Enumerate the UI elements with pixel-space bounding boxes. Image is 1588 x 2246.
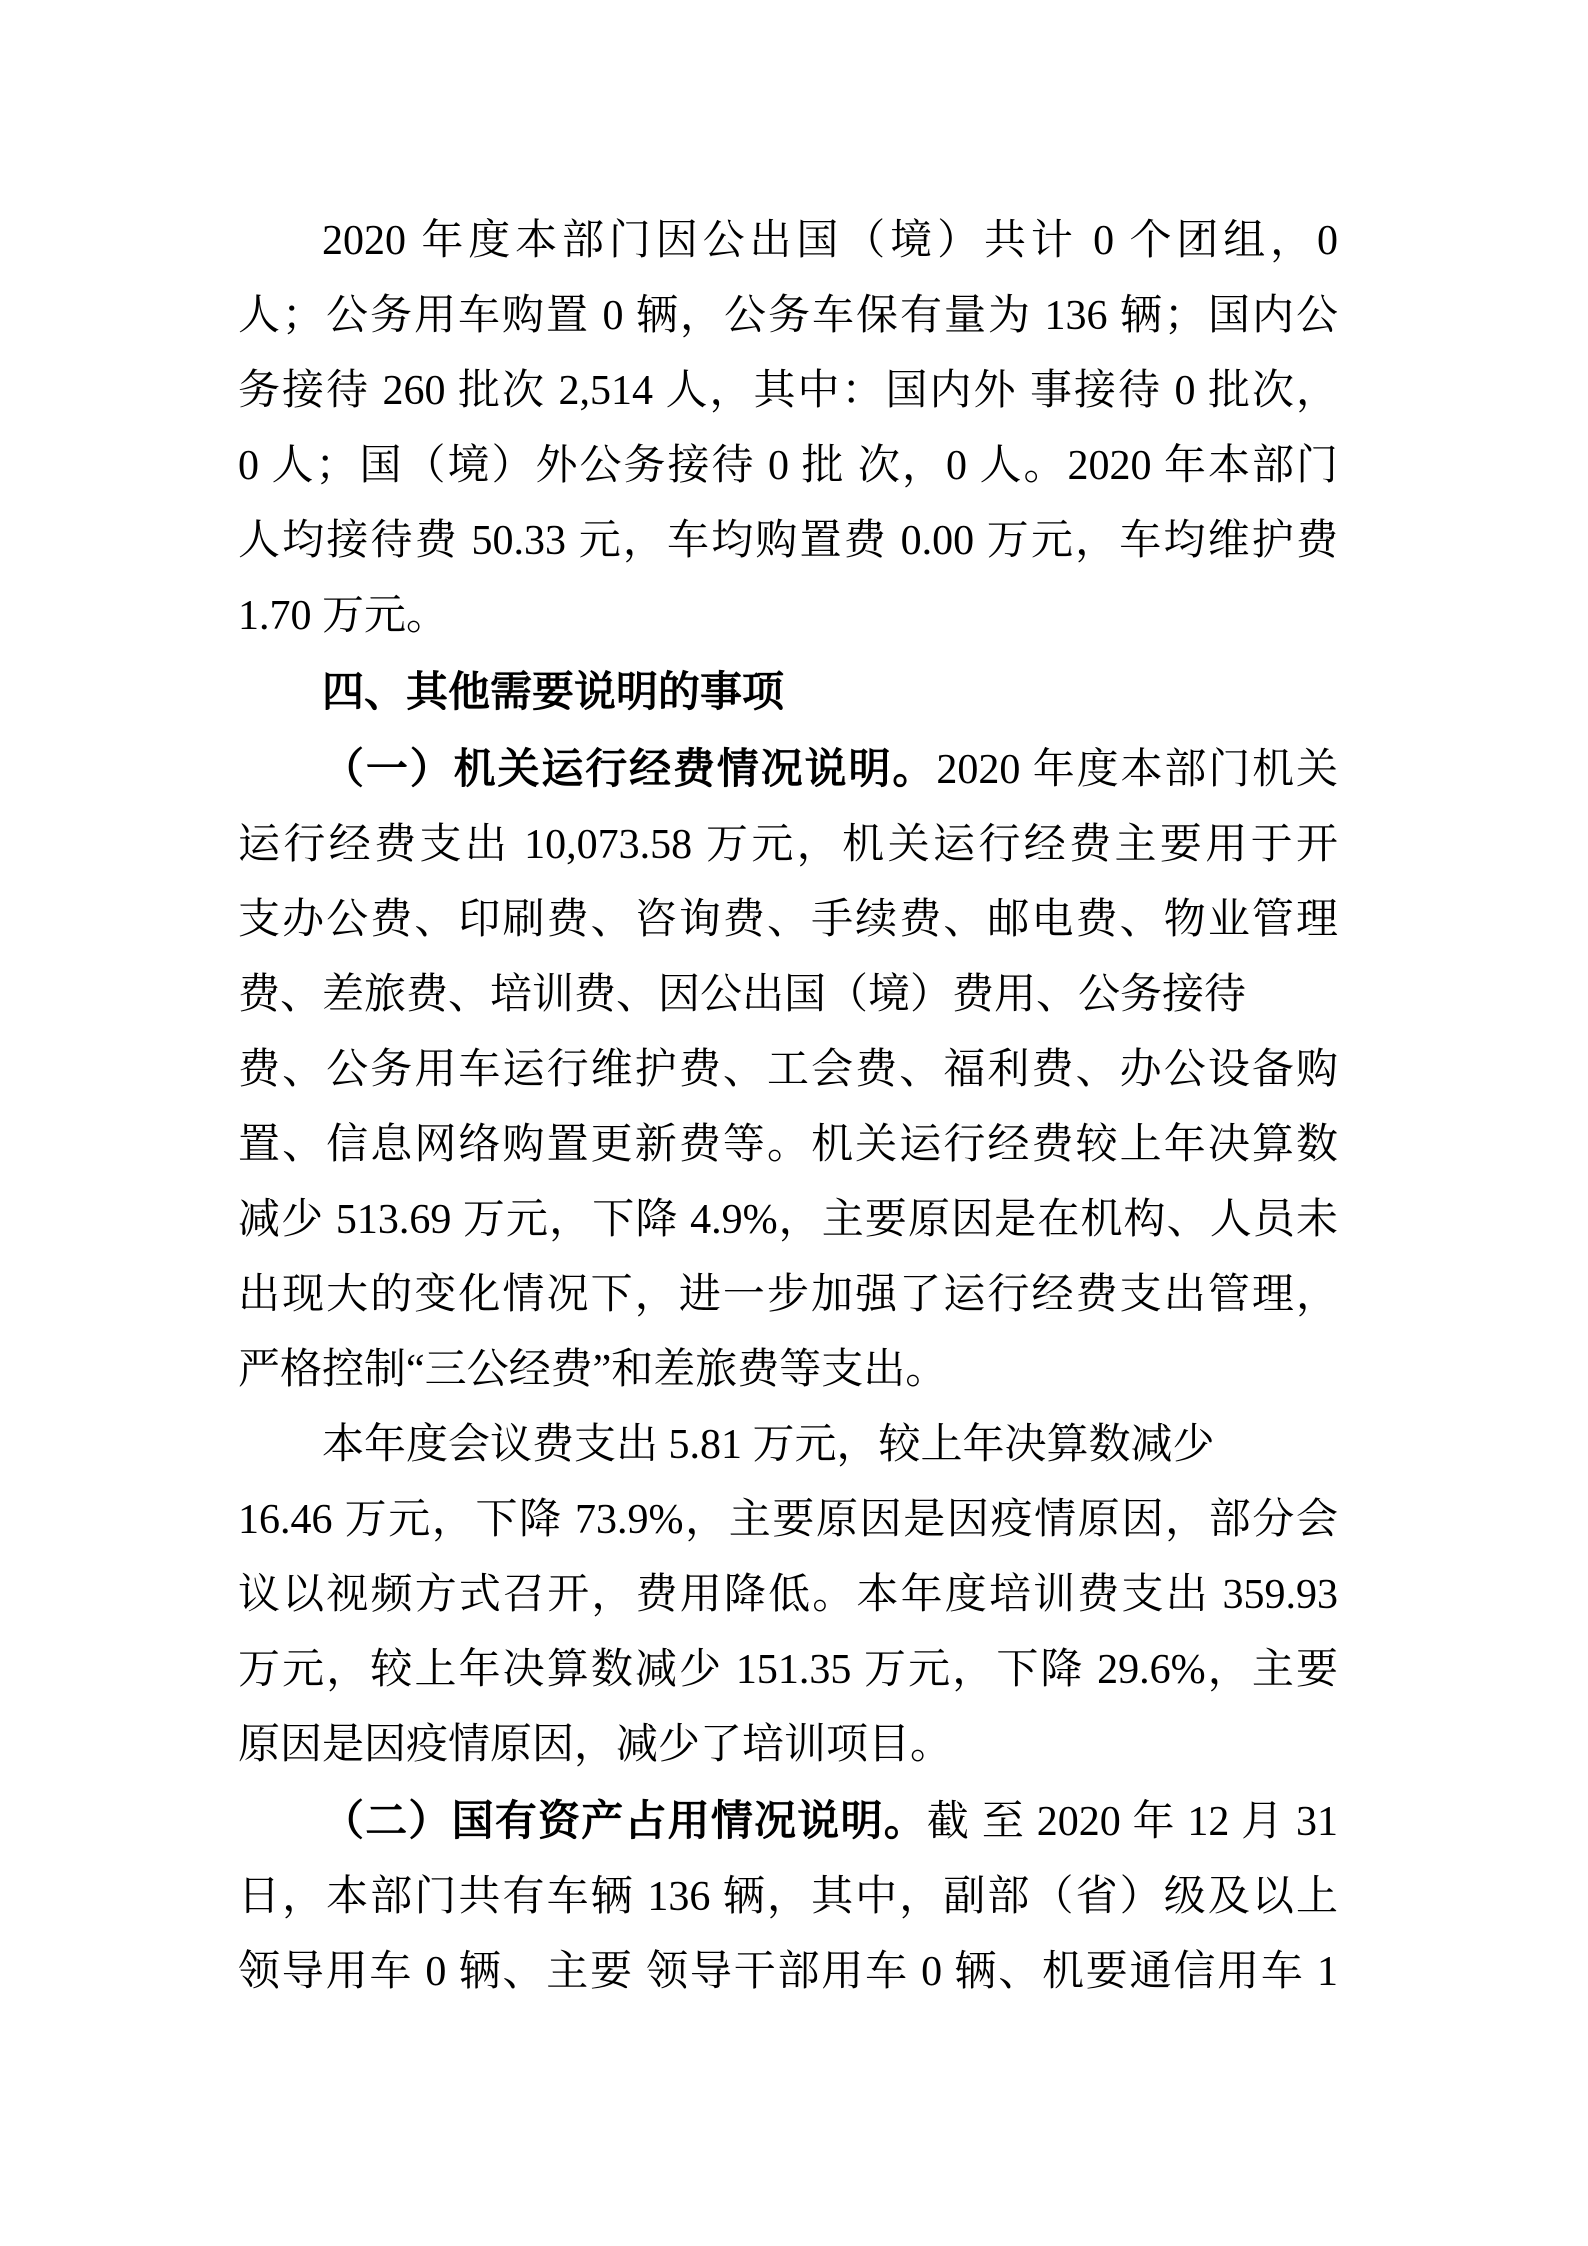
section-heading-text: （二）国有资产占用情况说明。 [322, 1797, 927, 1844]
body-text: 务接待 260 批次 2,514 人，其中：国内外 事接待 0 批次， [238, 368, 1338, 414]
body-text: 人均接待费 50.33 元，车均购置费 0.00 万元，车均维护费 [238, 518, 1338, 564]
body-text: 人；公务用车购置 0 辆，公务车保有量为 136 辆；国内公 [238, 293, 1338, 339]
text-line: 严格控制“三公经费”和差旅费等支出。 [238, 1333, 1338, 1408]
document-page: 2020 年度本部门因公出国（境）共计 0 个团组，0人；公务用车购置 0 辆，… [0, 0, 1588, 2246]
text-line: 2020 年度本部门因公出国（境）共计 0 个团组，0 [238, 204, 1338, 279]
text-line: 原因是因疫情原因，减少了培训项目。 [238, 1708, 1338, 1783]
text-line: （一）机关运行经费情况说明。2020 年度本部门机关 [238, 731, 1338, 808]
body-text: 严格控制“三公经费”和差旅费等支出。 [238, 1347, 947, 1393]
body-text: 支办公费、印刷费、咨询费、手续费、邮电费、物业管理 [238, 897, 1338, 943]
body-text: 16.46 万元，下降 73.9%，主要原因是因疫情原因，部分会 [238, 1497, 1338, 1543]
text-line: 支办公费、印刷费、咨询费、手续费、邮电费、物业管理 [238, 883, 1338, 958]
body-text: 截 至 2020 年 12 月 31 [927, 1799, 1338, 1845]
body-text: 1.70 万元。 [238, 593, 448, 639]
body-text: 日，本部门共有车辆 136 辆，其中，副部（省）级及以上 [238, 1874, 1338, 1920]
body-text: 议以视频方式召开，费用降低。本年度培训费支出 359.93 [238, 1572, 1338, 1618]
body-text: 万元，较上年决算数减少 151.35 万元，下降 29.6%，主要 [238, 1647, 1338, 1693]
section-heading-text: 四、其他需要说明的事项 [322, 668, 784, 715]
text-line: 议以视频方式召开，费用降低。本年度培训费支出 359.93 [238, 1558, 1338, 1633]
text-line: 领导用车 0 辆、主要 领导干部用车 0 辆、机要通信用车 1 [238, 1935, 1338, 2010]
body-text: 本年度会议费支出 5.81 万元，较上年决算数减少 [322, 1422, 1215, 1468]
text-line: 费、差旅费、培训费、因公出国（境）费用、公务接待 [238, 958, 1338, 1033]
text-line: 本年度会议费支出 5.81 万元，较上年决算数减少 [238, 1408, 1338, 1483]
text-line: 出现大的变化情况下，进一步加强了运行经费支出管理， [238, 1258, 1338, 1333]
body-text: 减少 513.69 万元，下降 4.9%，主要原因是在机构、人员未 [238, 1197, 1338, 1243]
body-text: 0 人；国（境）外公务接待 0 批 次，0 人。2020 年本部门 [238, 443, 1338, 489]
body-text: 置、信息网络购置更新费等。机关运行经费较上年决算数 [238, 1122, 1338, 1168]
text-line: 四、其他需要说明的事项 [238, 654, 1338, 731]
text-line: 1.70 万元。 [238, 579, 1338, 654]
body-text: 原因是因疫情原因，减少了培训项目。 [238, 1722, 952, 1768]
body-text: 费、差旅费、培训费、因公出国（境）费用、公务接待 [238, 972, 1246, 1018]
text-line: 减少 513.69 万元，下降 4.9%，主要原因是在机构、人员未 [238, 1183, 1338, 1258]
body-text: 费、公务用车运行维护费、工会费、福利费、办公设备购 [238, 1047, 1338, 1093]
text-line: 运行经费支出 10,073.58 万元，机关运行经费主要用于开 [238, 808, 1338, 883]
text-line: 务接待 260 批次 2,514 人，其中：国内外 事接待 0 批次， [238, 354, 1338, 429]
body-text: 领导用车 0 辆、主要 领导干部用车 0 辆、机要通信用车 1 [238, 1949, 1338, 1995]
text-line: 万元，较上年决算数减少 151.35 万元，下降 29.6%，主要 [238, 1633, 1338, 1708]
document-body: 2020 年度本部门因公出国（境）共计 0 个团组，0人；公务用车购置 0 辆，… [238, 204, 1338, 2010]
text-line: 费、公务用车运行维护费、工会费、福利费、办公设备购 [238, 1033, 1338, 1108]
text-line: 人均接待费 50.33 元，车均购置费 0.00 万元，车均维护费 [238, 504, 1338, 579]
text-line: 0 人；国（境）外公务接待 0 批 次，0 人。2020 年本部门 [238, 429, 1338, 504]
text-line: （二）国有资产占用情况说明。截 至 2020 年 12 月 31 [238, 1783, 1338, 1860]
text-line: 16.46 万元，下降 73.9%，主要原因是因疫情原因，部分会 [238, 1483, 1338, 1558]
body-text: 2020 年度本部门因公出国（境）共计 0 个团组，0 [322, 218, 1338, 264]
text-line: 日，本部门共有车辆 136 辆，其中，副部（省）级及以上 [238, 1860, 1338, 1935]
text-line: 置、信息网络购置更新费等。机关运行经费较上年决算数 [238, 1108, 1338, 1183]
body-text: 2020 年度本部门机关 [936, 747, 1338, 793]
body-text: 出现大的变化情况下，进一步加强了运行经费支出管理， [238, 1272, 1338, 1318]
body-text: 运行经费支出 10,073.58 万元，机关运行经费主要用于开 [238, 822, 1338, 868]
section-heading-text: （一）机关运行经费情况说明。 [322, 745, 936, 792]
text-line: 人；公务用车购置 0 辆，公务车保有量为 136 辆；国内公 [238, 279, 1338, 354]
